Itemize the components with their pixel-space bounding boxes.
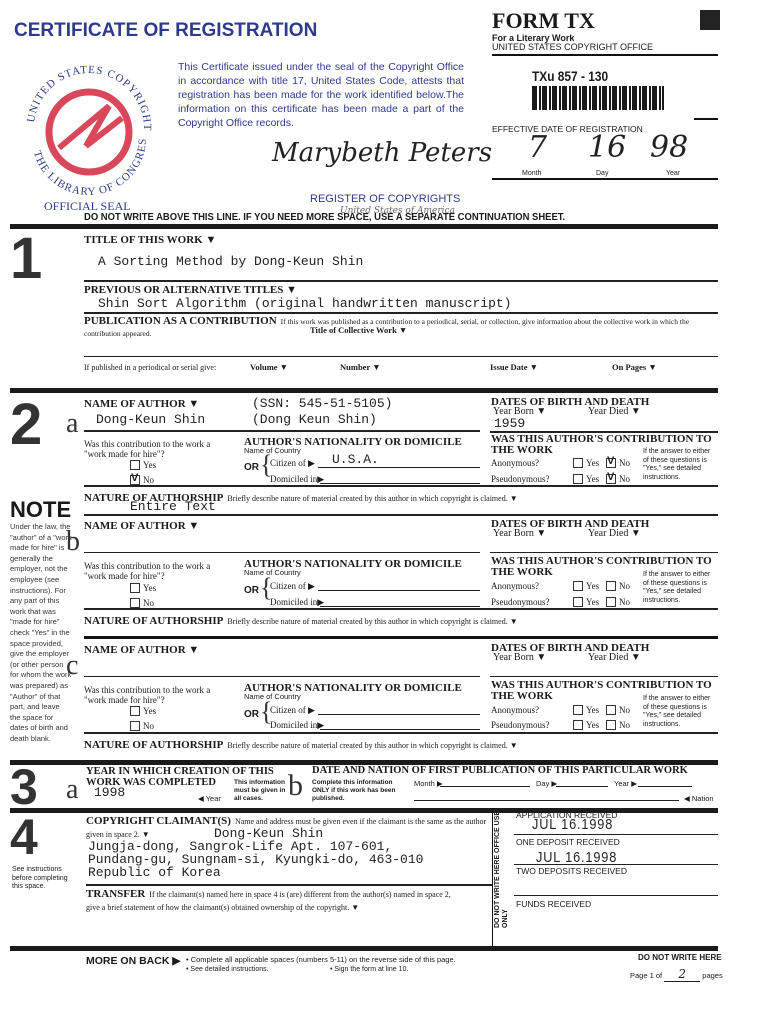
author-b-anon-yes[interactable]: Yes bbox=[573, 581, 599, 592]
section3-b-letter: b bbox=[288, 771, 303, 801]
author-a-pseudo-yes[interactable]: Yes bbox=[573, 474, 599, 485]
footer-bullet-3: • Sign the form at line 10. bbox=[330, 966, 408, 973]
section3-a-letter: a bbox=[66, 776, 78, 804]
checkbox-checked-icon[interactable] bbox=[130, 475, 140, 485]
author-a-anon-label: Anonymous? bbox=[491, 458, 539, 468]
registrar-signature: Marybeth Peters bbox=[272, 138, 492, 168]
year-arrow-label: ◀ Year bbox=[198, 794, 221, 803]
serial-label: If published in a periodical or serial g… bbox=[84, 363, 216, 372]
pub-year-label: Year ▶ bbox=[614, 779, 637, 788]
author-b-domiciled-label: Domiciled in▶ bbox=[270, 597, 324, 608]
address-line-3: Republic of Korea bbox=[88, 866, 423, 879]
effective-year: 98 bbox=[650, 130, 688, 165]
author-b-hire-yes[interactable]: Yes bbox=[130, 583, 156, 594]
section-number-3: 3 bbox=[10, 762, 38, 812]
author-c-pseudo-no[interactable]: No bbox=[606, 720, 630, 731]
do-not-write-notice: DO NOT WRITE ABOVE THIS LINE. IF YOU NEE… bbox=[84, 211, 565, 223]
page-count: Page 1 of 2 pages bbox=[630, 967, 723, 982]
author-a-anon-no[interactable]: No bbox=[606, 458, 630, 469]
author-b-contrib-note: If the answer to either of these questio… bbox=[643, 571, 718, 605]
author-b-nature: NATURE OF AUTHORSHIP Briefly describe na… bbox=[84, 611, 518, 629]
author-b-letter: b bbox=[66, 528, 80, 556]
author-a-or: OR bbox=[244, 462, 259, 473]
author-c-pseudo-label: Pseudonymous? bbox=[491, 720, 550, 730]
author-b-name-label: NAME OF AUTHOR ▼ bbox=[84, 520, 199, 532]
volume-label: Volume ▼ bbox=[250, 362, 288, 372]
form-office: UNITED STATES COPYRIGHT OFFICE bbox=[492, 42, 653, 52]
registration-number: TXu 857 - 130 bbox=[532, 68, 608, 84]
two-deposits-label: TWO DEPOSITS RECEIVED bbox=[516, 866, 627, 876]
transfer-heading: TRANSFER If the claimant(s) named here i… bbox=[86, 887, 460, 913]
more-on-back: MORE ON BACK ▶ bbox=[86, 955, 180, 967]
footer-bullet-1: • Complete all applicable spaces (number… bbox=[186, 955, 456, 964]
effective-day: 16 bbox=[588, 130, 626, 165]
month-label: Month bbox=[522, 170, 541, 177]
title-field[interactable]: A Sorting Method by Dong-Keun Shin bbox=[98, 254, 363, 269]
author-a-alt-name: (Dong Keun Shin) bbox=[252, 412, 377, 427]
author-c-hire-no[interactable]: No bbox=[130, 721, 154, 732]
number-label: Number ▼ bbox=[340, 362, 381, 372]
day-label: Day bbox=[596, 170, 608, 177]
author-c-hire-yes[interactable]: Yes bbox=[130, 706, 156, 717]
publication-date-label: DATE AND NATION OF FIRST PUBLICATION OF … bbox=[312, 765, 688, 776]
author-b-pseudo-label: Pseudonymous? bbox=[491, 597, 550, 607]
certificate-statement: This Certificate issued under the seal o… bbox=[178, 60, 464, 130]
checkbox-icon[interactable] bbox=[130, 460, 140, 470]
section-number-4: 4 bbox=[10, 812, 38, 862]
author-c-or: OR bbox=[244, 709, 259, 720]
author-c-name-label: NAME OF AUTHOR ▼ bbox=[84, 644, 199, 656]
creation-year-field[interactable]: 1998 bbox=[94, 785, 125, 800]
form-name: FORM TX bbox=[492, 8, 595, 34]
year-label: Year bbox=[666, 170, 680, 177]
author-b-anon-no[interactable]: No bbox=[606, 581, 630, 592]
author-a-year-born-field[interactable]: 1959 bbox=[494, 416, 525, 431]
author-c-letter: c bbox=[66, 652, 78, 680]
author-a-hire-yes[interactable]: Yes bbox=[130, 460, 156, 471]
author-b-anon-label: Anonymous? bbox=[491, 581, 539, 591]
author-b-hire-question: Was this contribution to the work a"work… bbox=[84, 561, 210, 581]
author-b-or: OR bbox=[244, 585, 259, 596]
pub-month-label: Month ▶ bbox=[414, 779, 443, 788]
copyright-seal-icon: UNITED STATES COPYRIGHT OFFICE THE LIBRA… bbox=[14, 48, 159, 198]
author-c-contrib-note: If the answer to either of these questio… bbox=[643, 695, 718, 729]
effective-month: 7 bbox=[528, 130, 547, 165]
previous-titles-field[interactable]: Shin Sort Algorithm (original handwritte… bbox=[98, 296, 511, 311]
author-a-hire-question: Was this contribution to the work a"work… bbox=[84, 439, 210, 459]
publication-label: PUBLICATION AS A CONTRIBUTION bbox=[84, 315, 277, 327]
author-a-letter: a bbox=[66, 410, 78, 438]
page-total: 2 bbox=[664, 967, 700, 982]
author-b-year-born-label: Year Born ▼ bbox=[493, 528, 546, 539]
section4-side-note: See instructions before completing this … bbox=[12, 866, 76, 892]
pub-day-label: Day ▶ bbox=[536, 779, 557, 788]
author-c-domiciled-label: Domiciled in▶ bbox=[270, 720, 324, 731]
creation-year-note: This information must be given in all ca… bbox=[234, 779, 286, 803]
note-title: NOTE bbox=[10, 497, 71, 523]
pub-nation-label: ◀ Nation bbox=[684, 794, 714, 803]
author-a-name-field[interactable]: Dong-Keun Shin bbox=[96, 412, 205, 427]
author-c-anon-yes[interactable]: Yes bbox=[573, 705, 599, 716]
one-deposit-label: ONE DEPOSIT RECEIVED bbox=[516, 837, 620, 847]
corner-marker bbox=[700, 10, 720, 30]
collective-work-label: Title of Collective Work ▼ bbox=[310, 325, 407, 335]
author-c-nature: NATURE OF AUTHORSHIP Briefly describe na… bbox=[84, 735, 518, 753]
author-c-year-born-label: Year Born ▼ bbox=[493, 652, 546, 663]
author-a-ssn: (SSN: 545-51-5105) bbox=[252, 396, 392, 411]
author-a-citizen-label: Citizen of ▶ bbox=[270, 458, 315, 469]
author-b-citizen-label: Citizen of ▶ bbox=[270, 581, 315, 592]
author-c-anon-label: Anonymous? bbox=[491, 705, 539, 715]
author-c-year-died-label: Year Died ▼ bbox=[588, 652, 641, 663]
author-a-pseudo-no[interactable]: No bbox=[606, 474, 630, 485]
on-pages-label: On Pages ▼ bbox=[612, 362, 657, 372]
title-label: TITLE OF THIS WORK ▼ bbox=[84, 234, 216, 246]
do-not-write-here: DO NOT WRITE HERE bbox=[638, 953, 722, 962]
previous-titles-label: PREVIOUS OR ALTERNATIVE TITLES ▼ bbox=[84, 284, 297, 296]
section-number-1: 1 bbox=[10, 230, 42, 288]
author-a-domiciled-label: Domiciled in▶ bbox=[270, 474, 324, 485]
author-c-citizen-label: Citizen of ▶ bbox=[270, 705, 315, 716]
author-b-year-died-label: Year Died ▼ bbox=[588, 528, 641, 539]
author-a-citizen-field[interactable]: U.S.A. bbox=[332, 452, 379, 467]
application-received-stamp: JUL 16.1998 bbox=[532, 816, 613, 833]
author-a-nature-field[interactable]: Entire Text bbox=[130, 499, 216, 514]
note-body: Under the law, the "author" of a "work m… bbox=[10, 522, 72, 744]
section-number-2: 2 bbox=[10, 396, 42, 454]
funds-received-label: FUNDS RECEIVED bbox=[516, 899, 591, 909]
barcode bbox=[532, 86, 664, 110]
certificate-title: CERTIFICATE OF REGISTRATION bbox=[14, 20, 317, 42]
author-c-anon-no[interactable]: No bbox=[606, 705, 630, 716]
footer-bullet-2: • See detailed instructions. bbox=[186, 966, 269, 973]
claimant-address[interactable]: Jungja-dong, Sangrok-Life Apt. 107-601, … bbox=[88, 840, 423, 879]
author-b-pseudo-yes[interactable]: Yes bbox=[573, 597, 599, 608]
author-c-hire-question: Was this contribution to the work a"work… bbox=[84, 685, 210, 705]
register-title: REGISTER OF COPYRIGHTS bbox=[310, 193, 460, 205]
office-use-label: DO NOT WRITE HERE OFFICE USE ONLY bbox=[494, 808, 510, 928]
author-a-anon-yes[interactable]: Yes bbox=[573, 458, 599, 469]
issue-date-label: Issue Date ▼ bbox=[490, 362, 538, 372]
author-a-year-died-label: Year Died ▼ bbox=[588, 406, 641, 417]
author-a-name-label: NAME OF AUTHOR ▼ bbox=[84, 398, 199, 410]
author-c-pseudo-yes[interactable]: Yes bbox=[573, 720, 599, 731]
publication-date-note: Complete this information ONLY if this w… bbox=[312, 779, 396, 803]
author-a-pseudo-label: Pseudonymous? bbox=[491, 474, 550, 484]
author-a-contrib-note: If the answer to either of these questio… bbox=[643, 448, 718, 482]
official-seal: UNITED STATES COPYRIGHT OFFICE THE LIBRA… bbox=[14, 48, 159, 198]
author-b-pseudo-no[interactable]: No bbox=[606, 597, 630, 608]
